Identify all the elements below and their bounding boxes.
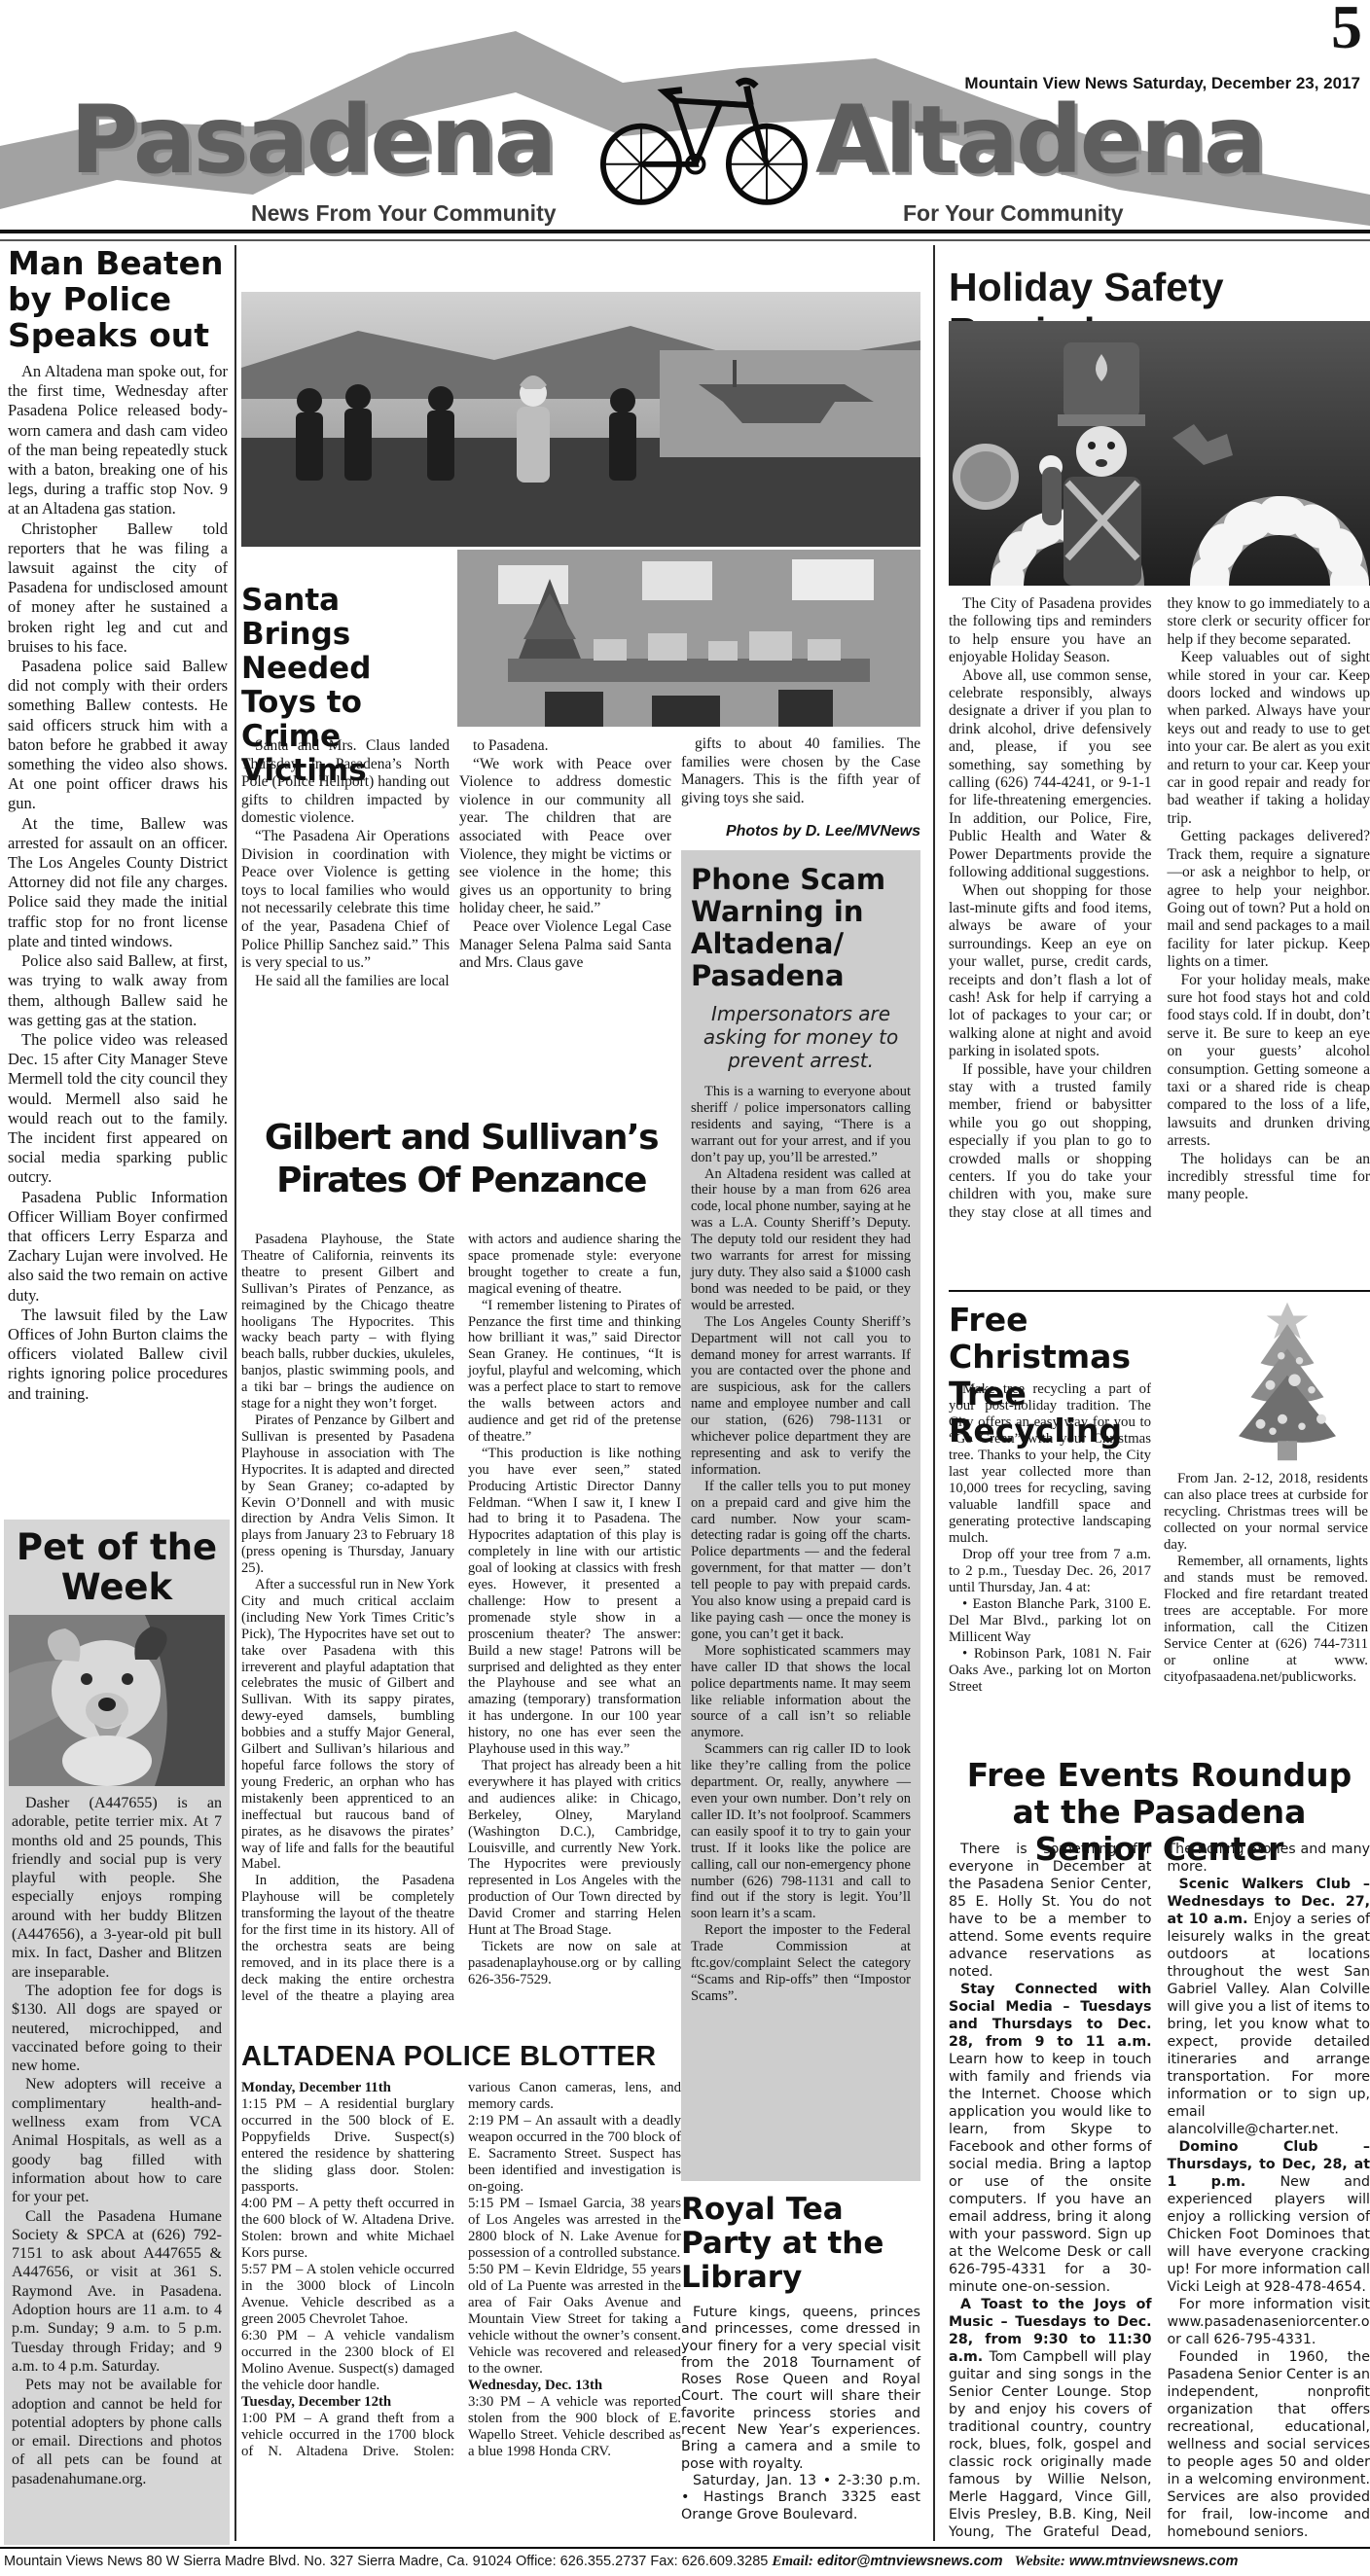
santa-heliport-photo	[241, 292, 920, 547]
pet-of-week-box: Pet of the Week Dasher (A447655) is an a…	[4, 1520, 230, 2545]
royal-tea-title: Royal Tea Party at the Library	[681, 2193, 920, 2295]
page-number: 5	[1331, 0, 1362, 58]
phone-scam-body: This is a warning to everyone about sher…	[691, 1084, 911, 2005]
santa-col3: gifts to about 40 families. The families…	[681, 735, 920, 821]
santa-col1: Santa and Mrs. Claus landed Thursday in …	[241, 737, 450, 1115]
tagline-left: News From Your Community	[251, 200, 557, 227]
man-beaten-body: An Altadena man spoke out, for the first…	[8, 362, 228, 1512]
senior-center-body: There is something for everyone in Decem…	[949, 1841, 1370, 2543]
column-rule-right	[933, 245, 935, 2541]
footer-website: www.mtnviewsnews.com	[1069, 2554, 1239, 2569]
footer: Mountain Views News 80 W Sierra Madre Bl…	[0, 2547, 1370, 2576]
police-blotter-body: Monday, December 11th 1:15 PM – A reside…	[241, 2080, 681, 2549]
column-rule-left	[234, 245, 236, 2541]
masthead-pasadena: Pasadena	[70, 93, 554, 187]
masthead-altadena: Altadena	[815, 93, 1264, 187]
photo-credit: Photos by D. Lee/MVNews	[681, 823, 920, 841]
footer-email: editor@mtnviewsnews.com	[817, 2554, 1003, 2569]
tagline-right: For Your Community	[903, 200, 1124, 227]
tree-recycling-left: Make tree recycling a part of your post-…	[949, 1381, 1151, 1759]
pirates-body: Pasadena Playhouse, the State Theatre of…	[241, 1232, 681, 2031]
footer-website-label: Website:	[1015, 2554, 1065, 2569]
man-beaten-title: Man Beaten by Police Speaks out	[8, 245, 228, 353]
toys-table-photo	[457, 550, 920, 727]
toy-soldier-photo	[949, 321, 1370, 586]
dog-photo	[9, 1615, 225, 1786]
royal-tea-section: Royal Tea Party at the Library Future ki…	[681, 2193, 920, 2523]
masthead: 5 Mountain View News Saturday, December …	[0, 0, 1370, 235]
pet-of-week-title: Pet of the Week	[4, 1527, 230, 1607]
bicycle-icon	[598, 54, 808, 214]
phone-scam-box: Phone Scam Warning in Altadena/ Pasadena…	[681, 850, 920, 2181]
newspaper-page: 5 Mountain View News Saturday, December …	[0, 0, 1370, 2576]
section-divider	[949, 1290, 1370, 1292]
footer-info: Mountain Views News 80 W Sierra Madre Bl…	[4, 2554, 768, 2569]
police-blotter-title: ALTADENA POLICE BLOTTER	[241, 2041, 681, 2073]
pet-of-week-body: Dasher (A447655) is an adorable, petite …	[12, 1794, 222, 2562]
footer-email-label: Email:	[772, 2554, 813, 2569]
phone-scam-subtitle: Impersonators are asking for money to pr…	[689, 1002, 913, 1072]
holiday-body: The City of Pasadena provides the follow…	[949, 595, 1370, 1282]
phone-scam-title: Phone Scam Warning in Altadena/ Pasadena	[691, 864, 911, 992]
royal-tea-body: Future kings, queens, princes and prince…	[681, 2305, 920, 2523]
header-rule	[0, 230, 1370, 241]
santa-col2: to Pasadena.“We work with Peace over Vio…	[459, 737, 671, 1115]
tree-recycling-right: From Jan. 2-12, 2018, residents can also…	[1164, 1471, 1368, 1759]
christmas-tree-icon	[1214, 1300, 1360, 1463]
pirates-title: Gilbert and Sullivan’s Pirates Of Penzan…	[241, 1117, 681, 1202]
